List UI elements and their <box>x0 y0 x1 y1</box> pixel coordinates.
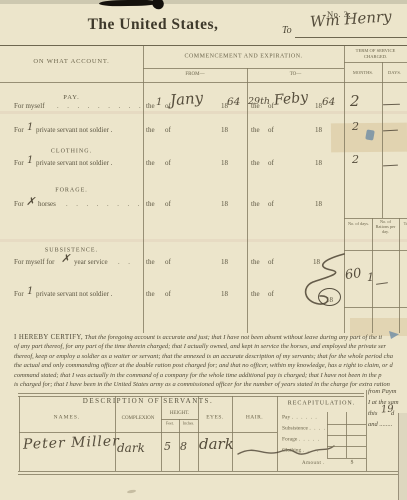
rations-col-days: No. of days. <box>345 221 372 226</box>
printed-for: For <box>14 201 24 209</box>
servant-complexion-handwritten: dark <box>117 442 145 454</box>
servant-name-handwritten: Peter Miller <box>23 434 120 451</box>
printed-of: of <box>268 160 274 168</box>
section-subsistence: SUBSISTENCE. <box>0 246 143 253</box>
printed-year: 18 <box>315 103 322 111</box>
printed-the: the <box>251 291 260 299</box>
recap-item-label: Pay <box>282 414 290 420</box>
row-label: private servant not soldier . <box>36 291 112 299</box>
table-hline <box>143 68 344 69</box>
handwritten-day-margin: 19 <box>381 405 394 416</box>
printed-the: the <box>146 259 155 267</box>
handwritten-day: 29th <box>248 97 270 107</box>
account-row-servant-clothing: For 1 private servant not soldier . the … <box>0 157 407 173</box>
certify-line: of any part thereof, for any part of the… <box>14 343 386 350</box>
recap-vline <box>366 390 367 471</box>
printed-year: 18 <box>221 291 228 299</box>
printed-of: of <box>268 259 274 267</box>
col-term-line1: TERM OF SERVICE <box>344 48 407 53</box>
printed-for: For <box>14 160 24 168</box>
printed-of: of <box>268 201 274 209</box>
leader-dots: . . . . . . . . . <box>57 103 144 110</box>
table-vline <box>382 62 383 218</box>
servant-inches-handwritten: 8 <box>180 441 187 452</box>
scan-ink-blob-tail <box>150 0 166 12</box>
recap-hline <box>327 435 366 436</box>
header-rule <box>0 45 407 46</box>
handwritten-number: 1 <box>27 156 33 166</box>
handwritten-year: 64 <box>322 97 335 108</box>
printed-year: 18 <box>315 201 322 209</box>
printed-the: the <box>146 160 155 168</box>
margin-note-line: and ........ <box>368 421 392 428</box>
printed-year: 18 <box>221 160 228 168</box>
desc-vline <box>232 396 233 471</box>
printed-the: the <box>146 127 155 135</box>
section-clothing: CLOTHING. <box>0 147 143 154</box>
scanned-pay-voucher: No. 3. The United States, To Wm Henry ON… <box>0 0 407 500</box>
account-row-servant-pay: For 1 private servant not soldier . the … <box>0 124 407 140</box>
handwritten-year: 64 <box>227 97 240 108</box>
certify-line: thereof, keep or employ a soldier as a w… <box>14 353 393 360</box>
desc-vline <box>19 396 20 471</box>
printed-of: of <box>268 127 274 135</box>
table-hline <box>0 82 407 83</box>
printed-the: the <box>251 127 260 135</box>
payee-handwritten: Wm Henry <box>310 9 393 30</box>
rations-col-per-day: No. of Rations per day. <box>373 219 398 234</box>
account-row-myself-pay: For myself . . . . . . . . . the 1 of Ja… <box>0 100 407 116</box>
table-vline <box>399 218 400 333</box>
section-forage: FORAGE. <box>0 186 143 193</box>
handwritten-circle: 18 <box>318 288 341 306</box>
certify-line: command stated; that I was actually in t… <box>14 372 382 379</box>
scan-top-strip <box>0 0 407 4</box>
smudge <box>127 489 136 494</box>
row-label: year service <box>74 259 108 267</box>
page-edge-strip <box>399 413 407 500</box>
recap-item: Pay . . . . . . <box>282 414 328 420</box>
printed-for: For <box>14 127 24 135</box>
row-label: private servant not soldier . <box>36 127 112 135</box>
printed-of: of <box>268 291 274 299</box>
printed-year: 18 <box>326 296 333 304</box>
handwritten-months: 2 <box>352 121 359 132</box>
printed-of: of <box>165 291 171 299</box>
handwritten-day: 1 <box>156 98 162 108</box>
desc-vline <box>198 396 199 471</box>
payee-underline <box>295 37 407 38</box>
handwritten-days-value: 60 <box>344 267 362 282</box>
servant-feet-handwritten: 5 <box>164 441 171 452</box>
col-months: MONTHS. <box>344 70 382 75</box>
double-rule <box>18 393 364 394</box>
account-row-horses-forage: For ✗ horses . . . . . . . . the of 18 t… <box>0 198 407 214</box>
handwritten-months: 2 <box>352 154 359 165</box>
printed-the: the <box>251 201 260 209</box>
printed-year: 18 <box>315 127 322 135</box>
recap-item-dots: . . . . <box>309 425 326 431</box>
double-rule <box>18 474 398 475</box>
handwritten-x-mark: ✗ <box>61 253 70 264</box>
double-rule <box>18 471 398 472</box>
recap-item-label: Forage <box>282 436 297 442</box>
recap-amount-label: Amount . <box>302 460 346 466</box>
row-label: private servant not soldier . <box>36 160 112 168</box>
certify-line: is charged for; that I have been in the … <box>14 381 390 388</box>
recap-item-label: Clothing <box>282 447 301 453</box>
recap-item: Forage . . . . . <box>282 436 328 442</box>
faint-band <box>0 239 407 242</box>
recap-item-dots: . . . . <box>303 447 320 453</box>
recap-item-dots: . . . . . . <box>292 414 318 420</box>
table-hline <box>344 250 407 251</box>
col-account: ON WHAT ACCOUNT. <box>0 58 143 65</box>
leader-dots: . . <box>118 259 133 266</box>
printed-of: of <box>165 127 171 135</box>
col-from: FROM— <box>143 71 247 77</box>
printed-year: 18 <box>315 160 322 168</box>
col-eyes: EYES. <box>198 414 232 420</box>
printed-the: the <box>251 259 260 267</box>
printed-the: the <box>251 160 260 168</box>
printed-year: 18 <box>221 127 228 135</box>
certify-line: I HEREBY CERTIFY, That the foregoing acc… <box>14 334 382 342</box>
servant-hair-handwritten: dark <box>199 437 234 452</box>
col-commencement: COMMENCEMENT AND EXPIRATION. <box>143 52 344 59</box>
recap-item-label: Subsistence <box>282 425 308 431</box>
handwritten-month: Feby <box>273 90 308 107</box>
handwritten-dash <box>376 282 388 285</box>
col-term-line2: CHARGED. <box>344 54 407 59</box>
table-hline <box>344 307 407 308</box>
printed-the: the <box>146 291 155 299</box>
col-days: DAYS. <box>382 70 407 75</box>
handwritten-rations-value: 1 <box>367 272 374 283</box>
printed-year: 18 <box>221 259 228 267</box>
printed-year: 18 <box>221 201 228 209</box>
printed-of: of <box>165 201 171 209</box>
certify-text: That the foregoing account is accurate a… <box>85 334 382 341</box>
printed-of: of <box>165 160 171 168</box>
recap-item: Subsistence . . . . <box>282 425 328 431</box>
handwritten-number: 1 <box>27 123 33 133</box>
certification-paragraph: I HEREBY CERTIFY, That the foregoing acc… <box>14 334 407 394</box>
recap-item: Clothing . . . . <box>282 447 328 453</box>
recap-hline <box>327 458 366 459</box>
printed-for: For <box>14 291 24 299</box>
row-label: For myself for <box>14 259 54 267</box>
certify-lead: I HEREBY CERTIFY, <box>14 334 83 341</box>
recap-hline <box>327 446 366 447</box>
rations-col-total: Total R <box>400 221 407 226</box>
col-names: NAMES. <box>19 414 115 420</box>
printed-the: the <box>146 201 155 209</box>
desc-hline <box>19 432 277 433</box>
row-label: For myself <box>14 103 45 111</box>
table-hline <box>344 62 407 63</box>
handwritten-x-mark: ✗ <box>26 196 35 207</box>
handwritten-number: 1 <box>27 287 33 297</box>
printed-of: of <box>165 259 171 267</box>
desc-hline <box>161 419 198 420</box>
col-complexion: COMPLEXION <box>115 415 161 421</box>
desc-vline <box>161 396 162 471</box>
handwritten-month: Jany <box>169 91 203 109</box>
printed-the: the <box>146 103 155 111</box>
margin-this-label: this <box>368 410 377 417</box>
to-label: To <box>282 25 292 36</box>
col-to: TO— <box>247 71 344 77</box>
col-hair: HAIR. <box>232 414 277 420</box>
printed-of: of <box>268 103 274 111</box>
col-height: HEIGHT. <box>161 410 198 416</box>
handwritten-months: 2 <box>350 94 360 109</box>
recap-item-dots: . . . . . <box>299 436 320 442</box>
recap-dollar-sign: $ <box>348 459 356 465</box>
certify-line: the actual and only commanding officer a… <box>14 362 393 369</box>
servants-title: DESCRIPTION OF SERVANTS. <box>19 398 277 406</box>
recap-title: RECAPITULATION. <box>277 399 366 406</box>
recap-hline <box>327 424 366 425</box>
leader-dots: . . . . . . . . <box>66 201 143 208</box>
row-label: horses <box>38 201 56 209</box>
form-title: The United States, <box>78 16 228 33</box>
col-feet: Feet. <box>161 421 179 426</box>
scan-ink-blob <box>99 0 159 7</box>
page-edge-line <box>398 413 399 500</box>
margin-note-line: from Paym <box>368 388 396 395</box>
col-inches: Inches. <box>179 421 198 426</box>
